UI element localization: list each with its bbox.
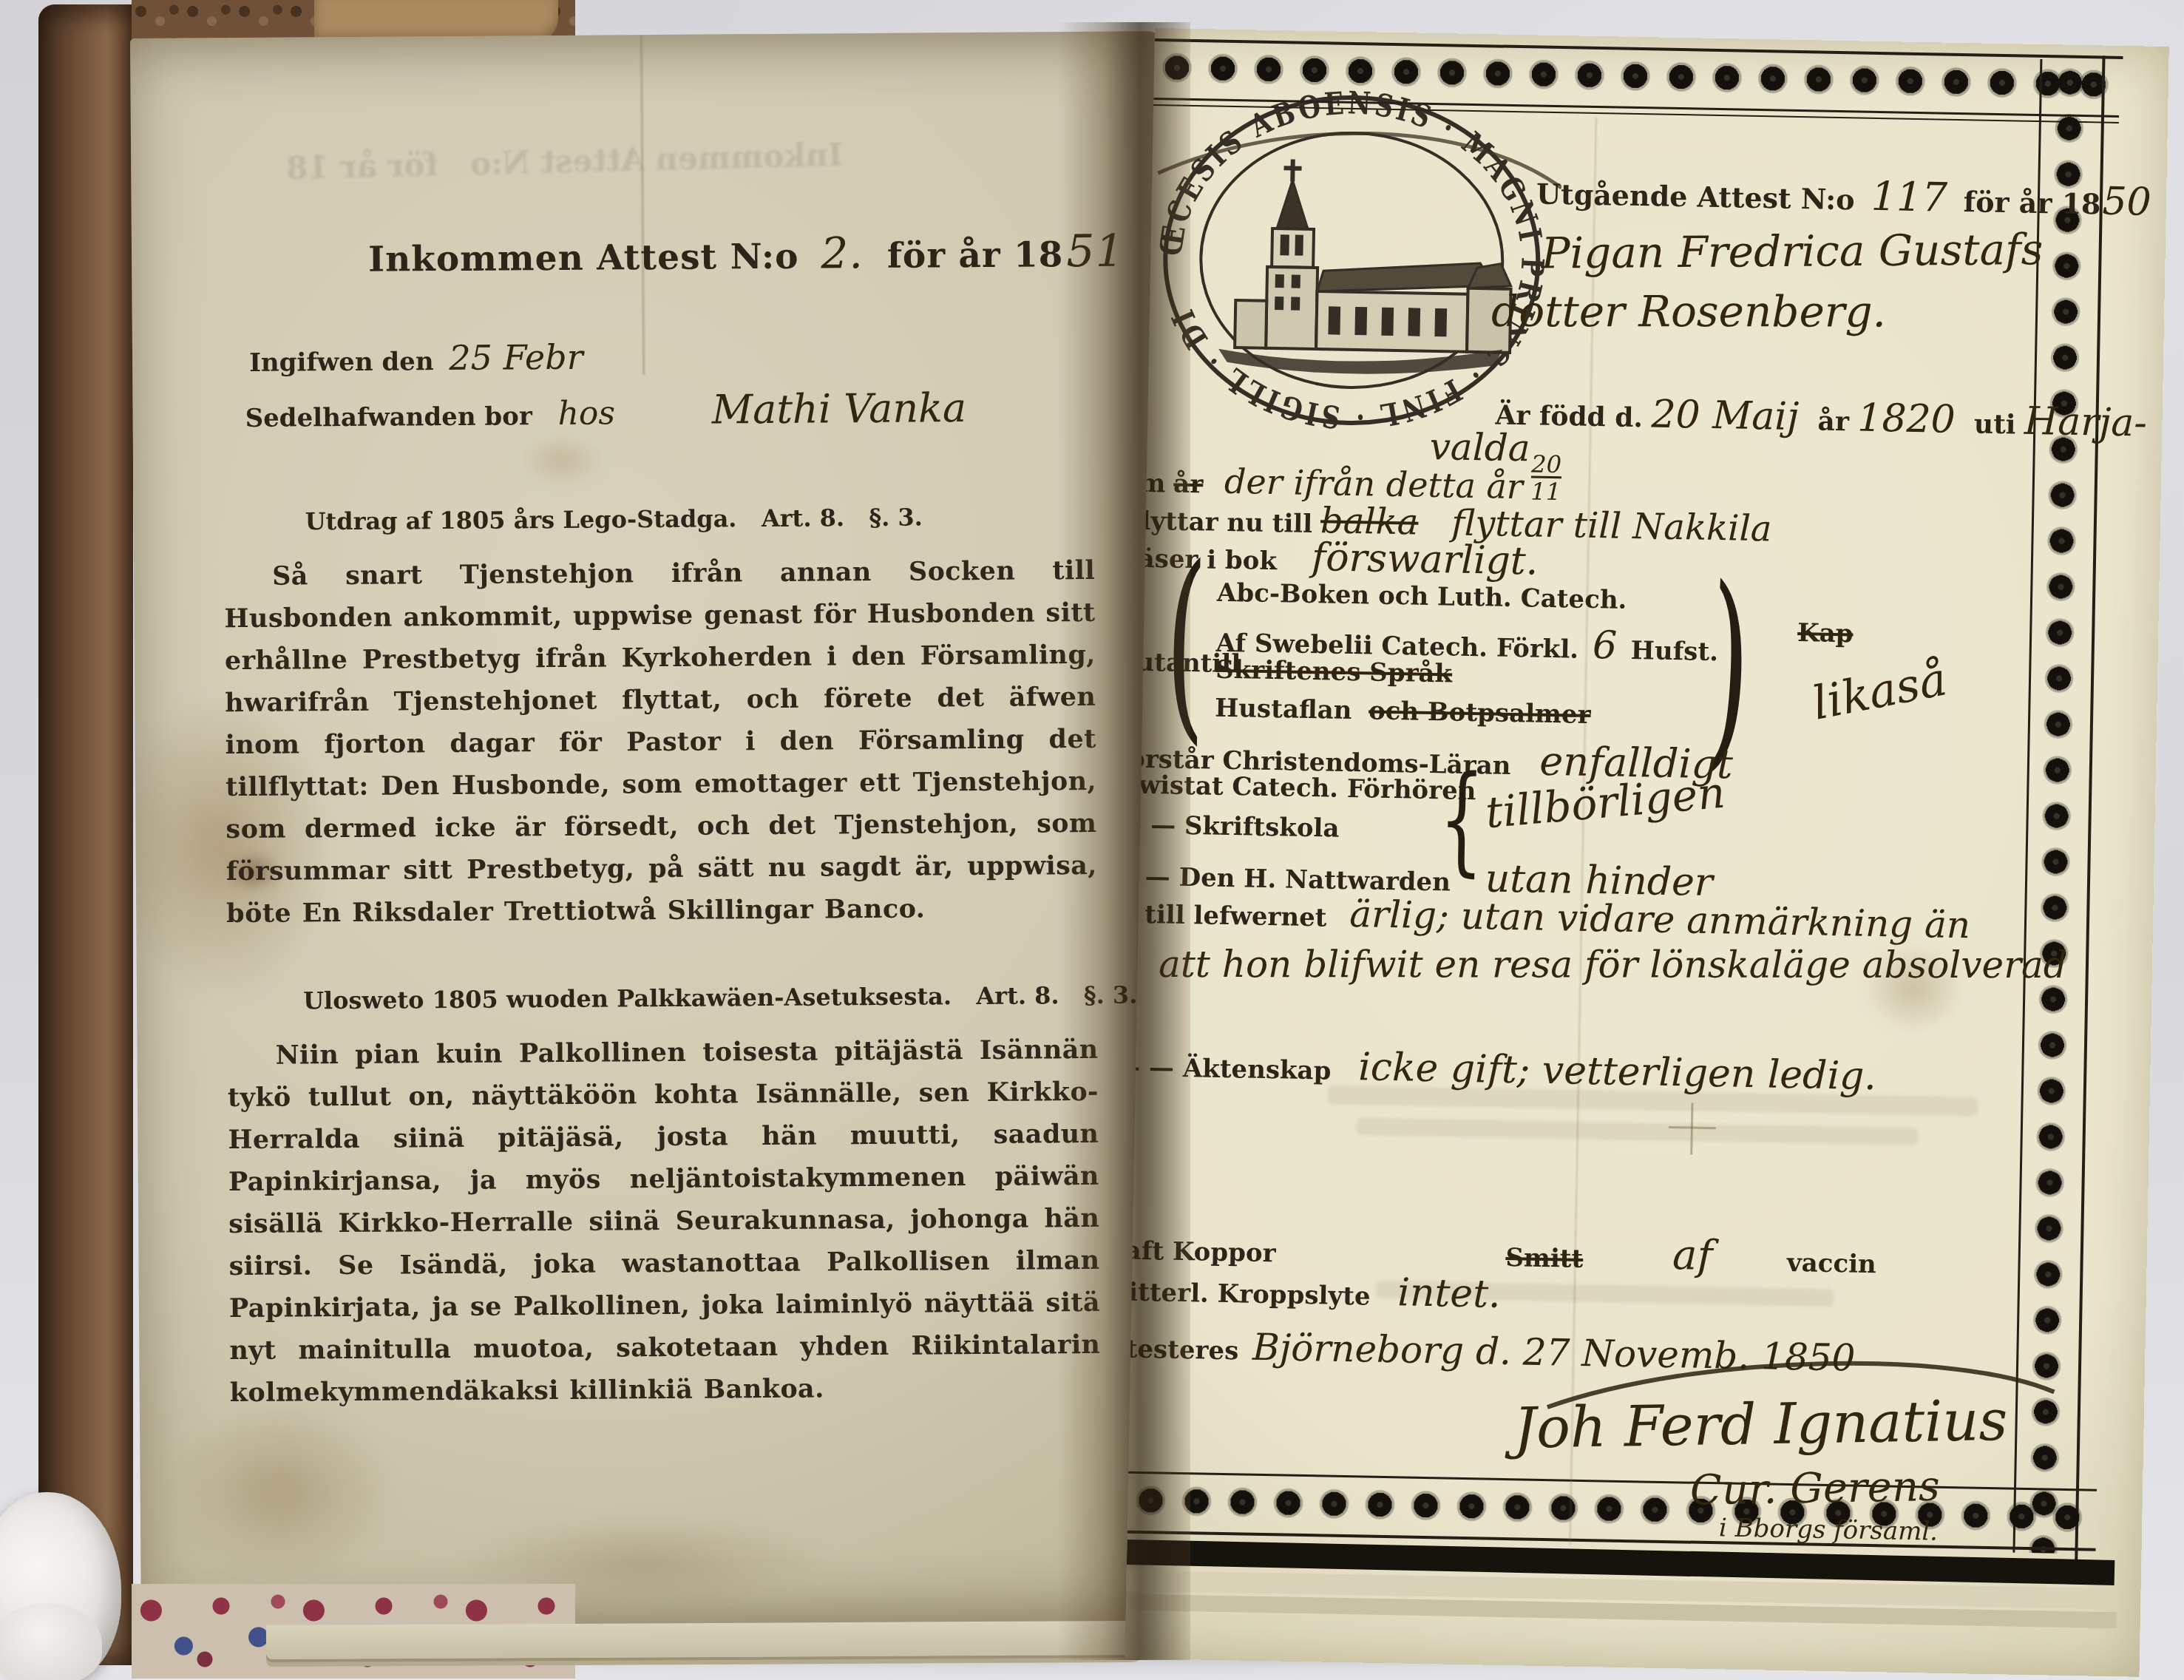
person-name-line1: Pigan Fredrica Gustafs [1541,224,2043,278]
finnish-statute-heading: Ulosweto 1805 wuoden Palkkawäen-Asetukse… [303,981,1138,1015]
born-place-handwritten: Harja- [2024,399,2148,446]
photograph-of-open-book: Inkommen Attest N:o för år 18 Inkommen A… [0,0,2184,1680]
departure-date-fraction: 20 11 [1530,452,1561,504]
smallpox-suffix: vaccin [1787,1248,1877,1279]
received-label: Ingifwen den [249,347,434,378]
marriage-line: — — Äktenskap icke gift; vetterligen led… [1125,1040,1877,1099]
fraction-numerator: 20 [1531,452,1561,476]
border-rosettes-right [2020,59,2096,1554]
born-day-handwritten: 20 Maij [1651,392,1800,439]
fraction-denominator: 11 [1530,475,1561,504]
book-gutter-shadow [1057,22,1190,1660]
holder-value-handwritten: hos [557,394,615,433]
page-stack-edges [266,1621,1146,1659]
born-year-label: år [1817,406,1849,438]
person-name-line2: dotter Rosenberg. [1491,286,1886,336]
bleedthrough-text: Inkommen Attest N:o för år 18 [286,137,844,186]
knows-item-4: Hustaflan och Botpsalmer [1215,694,1591,730]
bleedthrough-text [1357,1117,1919,1145]
knows-item-2-suffix: Hufst. [1630,636,1718,667]
likasa-handwritten: likaså [1808,651,1951,730]
title-number-handwritten: 2. [821,228,864,278]
conduct-handwritten-1: ärlig; utan vidare anmärkning än [1349,892,1971,946]
paper-stain [518,435,606,487]
born-place-continued: valda [1429,425,1530,470]
swedish-statute-paragraph: Så snart Tjenstehjon ifrån annan Socken … [224,549,1098,935]
left-page: Inkommen Attest N:o för år 18 Inkommen A… [130,31,1170,1628]
struck-kap: Kap [1797,618,1854,648]
title-year-handwritten: 50 [2102,180,2151,225]
knows-item-4-struck: och Botpsalmer [1369,696,1591,729]
swedish-statute-heading: Utdrag af 1805 års Lego-Stadga. Art. 8. … [305,504,923,536]
reads-handwritten: förswarligt. [1311,535,1539,584]
right-page: ŒCESIS ABOENSIS · MAGNI PRINC · FINL · S… [1125,28,2169,1677]
conduct-line: Är till lefwernet ärlig; utan vidare anm… [1125,888,1971,946]
left-page-title: Inkommen Attest N:o 2. för år 1851 [368,226,1125,282]
holder-line: Sedelhafwanden bor hos Mathi Vanka [245,385,966,436]
title-number-handwritten: 117 [1871,173,1947,221]
conduct-handwritten-2: att hon blifwit en resa för lönskaläge a… [1159,943,2067,986]
knows-item-2-handwritten: 6 [1592,623,1617,668]
title-year-printed: för år 18 [887,234,1064,277]
signature-name: Joh Ferd Ignatius [1513,1387,2008,1461]
seal-church-engraving [1218,158,1513,377]
smallpox-handwritten: af [1672,1231,1713,1280]
received-line: Ingifwen den 25 Febr [249,337,583,379]
received-value-handwritten: 25 Febr [449,337,583,378]
book-spine [38,4,133,1665]
born-place-label: uti [1974,408,2016,440]
paper-stain [162,1398,400,1584]
holder-name-handwritten: Mathi Vanka [712,385,967,433]
knows-item-3-struck: Skriftenes Språk [1215,655,1453,689]
title-year-printed: för år 18 [1963,185,2100,220]
defect-handwritten: intet. [1397,1270,1501,1317]
signature-parish: i Bborgs församl. [1719,1513,1939,1546]
paper-crease [640,35,645,375]
title-printed: Utgående Attest N:o [1536,177,1855,216]
knows-item-1: Abc-Boken och Luth. Catech. [1217,578,1627,615]
finnish-statute-paragraph: Niin pian kuin Palkollinen toisesta pitä… [227,1029,1101,1414]
born-year-handwritten: 1820 [1857,396,1956,442]
holder-label: Sedelhafwanden bor [245,402,532,433]
knows-item-4-printed: Hustaflan [1215,694,1352,725]
title-printed: Inkommen Attest N:o [368,237,799,280]
signature-title: Cur. Gerens [1689,1463,1940,1515]
marriage-handwritten: icke gift; vetterligen ledig. [1358,1045,1877,1099]
smallpox-struck: Smitt [1505,1243,1584,1274]
